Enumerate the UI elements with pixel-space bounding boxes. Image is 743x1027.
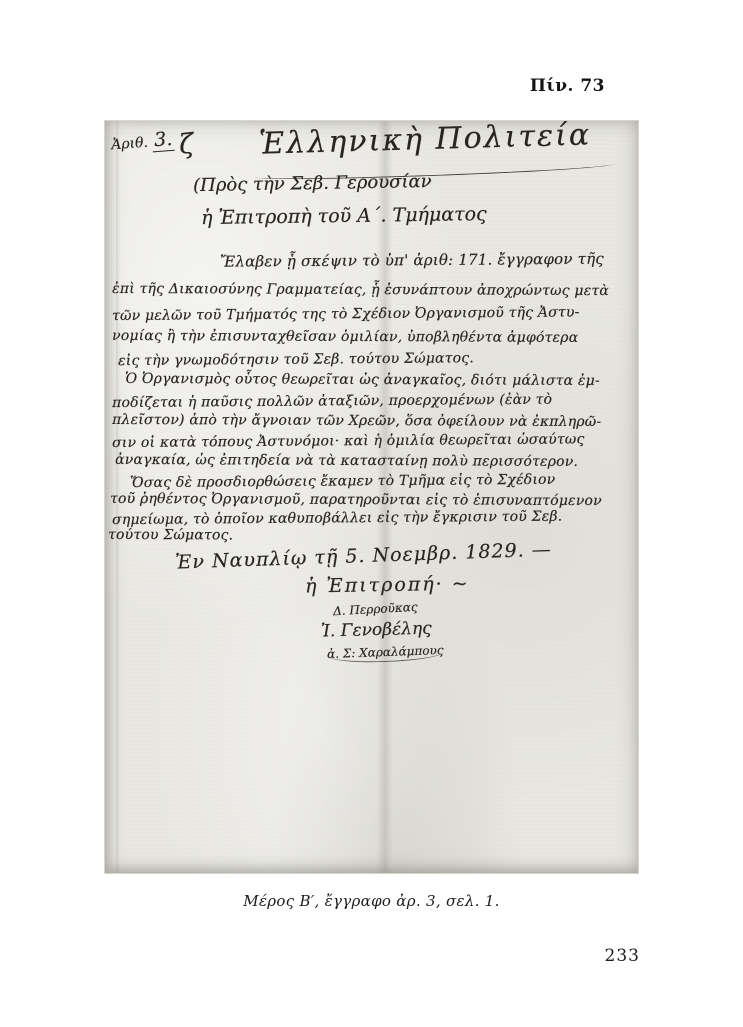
manuscript-line: τούτου Σώματος. [108, 527, 632, 545]
manuscript-line: ἀναγκαία, ὡς ἐπιτηδεία νὰ τὰ κατασταίνῃ … [115, 452, 639, 470]
manuscript-signature: ἀ. Σ: Χαραλάμπους [327, 643, 444, 664]
manuscript-line: εἰς τὴν γνωμοδότησιν τοῦ Σεβ. τούτου Σώμ… [118, 349, 642, 369]
manuscript-line: σημείωμα, τὸ ὁποῖον καθυποβάλλει εἰς τὴν… [112, 508, 636, 528]
manuscript-title: Ἑλληνικὴ Πολιτεία [217, 116, 634, 163]
manuscript-line: τῶν μελῶν τοῦ Τμήματός της τὸ Σχέδιον Ὀρ… [112, 304, 636, 324]
manuscript-line: ἐπὶ τῆς Δικαιοσύνης Γραμματείας, ᾗ ἐσυνά… [112, 281, 636, 299]
manuscript-line: τοῦ ῥηθέντος Ὀργανισμοῦ, παρατηροῦνται ε… [110, 491, 634, 509]
flourish-mark: ζ [177, 128, 195, 160]
manuscript-line: Ὅσας δὲ προσδιορθώσεις ἔκαμεν τὸ Τμῆμα ε… [130, 471, 654, 491]
book-page: Πίν. 73 Ἀριθ. 3. ζ Ἑλληνικὴ Πολιτεία (Πρ… [0, 0, 743, 1027]
manuscript-line: σιν οἱ κατὰ τόπους Ἀστυνόμοι· καὶ ἡ ὁμιλ… [112, 431, 636, 451]
manuscript-committee-line: ἡ Ἐπιτροπή· ~ [305, 573, 470, 598]
manuscript-signature: Δ. Περροῦκας [333, 600, 418, 618]
manuscript-line: Ὁ Ὀργανισμὸς οὗτος θεωρεῖται ὡς ἀναγκαῖο… [125, 371, 649, 389]
manuscript-address-line: (Πρὸς τὴν Σεβ. Γερουσίαν [193, 171, 432, 196]
plate-label: Πίν. 73 [530, 76, 605, 96]
manuscript-line: νομίας ἢ τὴν ἐπισυνταχθεῖσαν ὁμιλίαν, ὑπ… [112, 328, 636, 346]
manuscript-line: πλεῖστον) ἀπὸ τὴν ἄγνοιαν τῶν Χρεῶν, ὅσα… [112, 412, 636, 430]
manuscript-line: Ἔλαβεν ᾗ σκέψιν τὸ ὑπ' ἀριθ: 171. ἔγγραφ… [220, 249, 630, 270]
manuscript-sender-line: ἡ Ἐπιτροπὴ τοῦ Α΄. Τμήματος [201, 203, 487, 229]
doc-number-prefix: Ἀριθ. [111, 135, 149, 154]
manuscript-facsimile: Ἀριθ. 3. ζ Ἑλληνικὴ Πολιτεία (Πρὸς τὴν Σ… [105, 121, 638, 873]
figure-caption: Μέρος Β′, ἔγγραφο ἀρ. 3, σελ. 1. [0, 892, 743, 910]
manuscript-doc-number: Ἀριθ. 3. [110, 128, 175, 154]
doc-number-value: 3. [151, 128, 175, 152]
page-number: 233 [605, 946, 640, 966]
manuscript-signature: Ἰ. Γενοβέλης [321, 619, 432, 642]
manuscript-line: ποδίζεται ἡ παῦσις πολλῶν ἀταξιῶν, προερ… [112, 391, 636, 411]
